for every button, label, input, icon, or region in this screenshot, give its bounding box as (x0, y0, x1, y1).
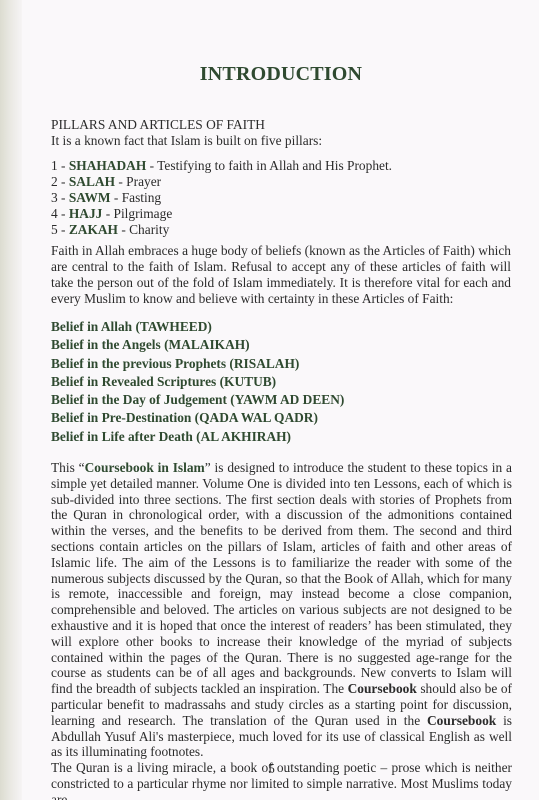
pillar-item: 3 - SAWM - Fasting (51, 190, 392, 206)
pillar-meaning: Testifying to faith in Allah and His Pro… (157, 158, 392, 173)
section-heading: PILLARS AND ARTICLES OF FAITH (51, 117, 265, 133)
page-binding-shadow (0, 0, 22, 800)
pillar-item: 2 - SALAH - Prayer (51, 174, 392, 190)
pillars-list: 1 - SHAHADAH - Testifying to faith in Al… (51, 158, 392, 238)
belief-item: Belief in the Angels (MALAIKAH) (51, 336, 344, 354)
pillar-name: SALAH (69, 174, 115, 189)
belief-item: Belief in Allah (TAWHEED) (51, 318, 344, 336)
beliefs-list: Belief in Allah (TAWHEED) Belief in the … (51, 318, 344, 446)
intro-sentence: It is a known fact that Islam is built o… (51, 133, 322, 149)
belief-item: Belief in the previous Prophets (RISALAH… (51, 355, 344, 373)
page-number: 5 (51, 761, 492, 777)
pillar-name: SHAHADAH (69, 158, 146, 173)
belief-item: Belief in the Day of Judgement (YAWM AD … (51, 391, 344, 409)
articles-of-faith-paragraph: Faith in Allah embraces a huge body of b… (51, 243, 511, 307)
pillar-item: 4 - HAJJ - Pilgrimage (51, 206, 392, 222)
pillar-meaning: Prayer (126, 174, 161, 189)
coursebook-bold: Coursebook (427, 713, 496, 728)
pillar-meaning: Charity (129, 222, 169, 237)
belief-item: Belief in Pre-Destination (QADA WAL QADR… (51, 409, 344, 427)
pillar-name: SAWM (69, 190, 111, 205)
belief-item: Belief in Life after Death (AL AKHIRAH) (51, 428, 344, 446)
coursebook-title: Coursebook in Islam (85, 460, 205, 475)
pillar-meaning: Pilgrimage (114, 206, 173, 221)
page-title: INTRODUCTION (51, 63, 511, 86)
body-text-block: This “Coursebook in Islam” is designed t… (51, 460, 512, 800)
pillar-meaning: Fasting (122, 190, 161, 205)
belief-item: Belief in Revealed Scriptures (KUTUB) (51, 373, 344, 391)
pillar-item: 5 - ZAKAH - Charity (51, 222, 392, 238)
pillar-item: 1 - SHAHADAH - Testifying to faith in Al… (51, 158, 392, 174)
coursebook-bold: Coursebook (348, 681, 417, 696)
coursebook-paragraph: This “Coursebook in Islam” is designed t… (51, 460, 512, 760)
pillar-name: HAJJ (69, 206, 102, 221)
pillar-name: ZAKAH (69, 222, 118, 237)
